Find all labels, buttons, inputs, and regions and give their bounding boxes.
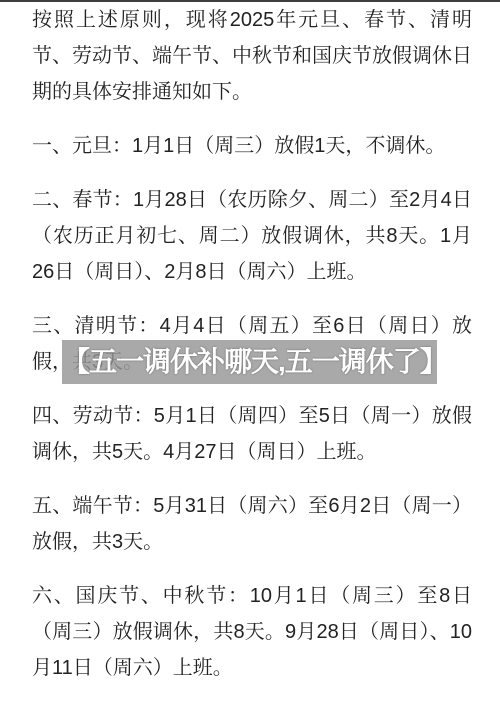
- holiday-item-spring-festival: 二、春节：1月28日（农历除夕、周二）至2月4日（农历正月初七、周二）放假调休，…: [32, 182, 472, 290]
- holiday-item-dragon-boat: 五、端午节：5月31日（周六）至6月2日（周一）放假，共3天。: [32, 488, 472, 560]
- watermark-caption-overlay: 【五一调休补哪天,五一调休了】: [62, 340, 437, 384]
- holiday-item-new-year: 一、元旦：1月1日（周三）放假1天，不调休。: [32, 128, 472, 164]
- intro-paragraph: 按照上述原则，现将2025年元旦、春节、清明节、劳动节、端午节、中秋节和国庆节放…: [32, 2, 472, 110]
- holiday-item-national-day-mid-autumn: 六、国庆节、中秋节：10月1日（周三）至8日（周三）放假调休，共8天。9月28日…: [32, 578, 472, 686]
- holiday-item-labor-day: 四、劳动节：5月1日（周四）至5日（周一）放假调休，共5天。4月27日（周日）上…: [32, 398, 472, 470]
